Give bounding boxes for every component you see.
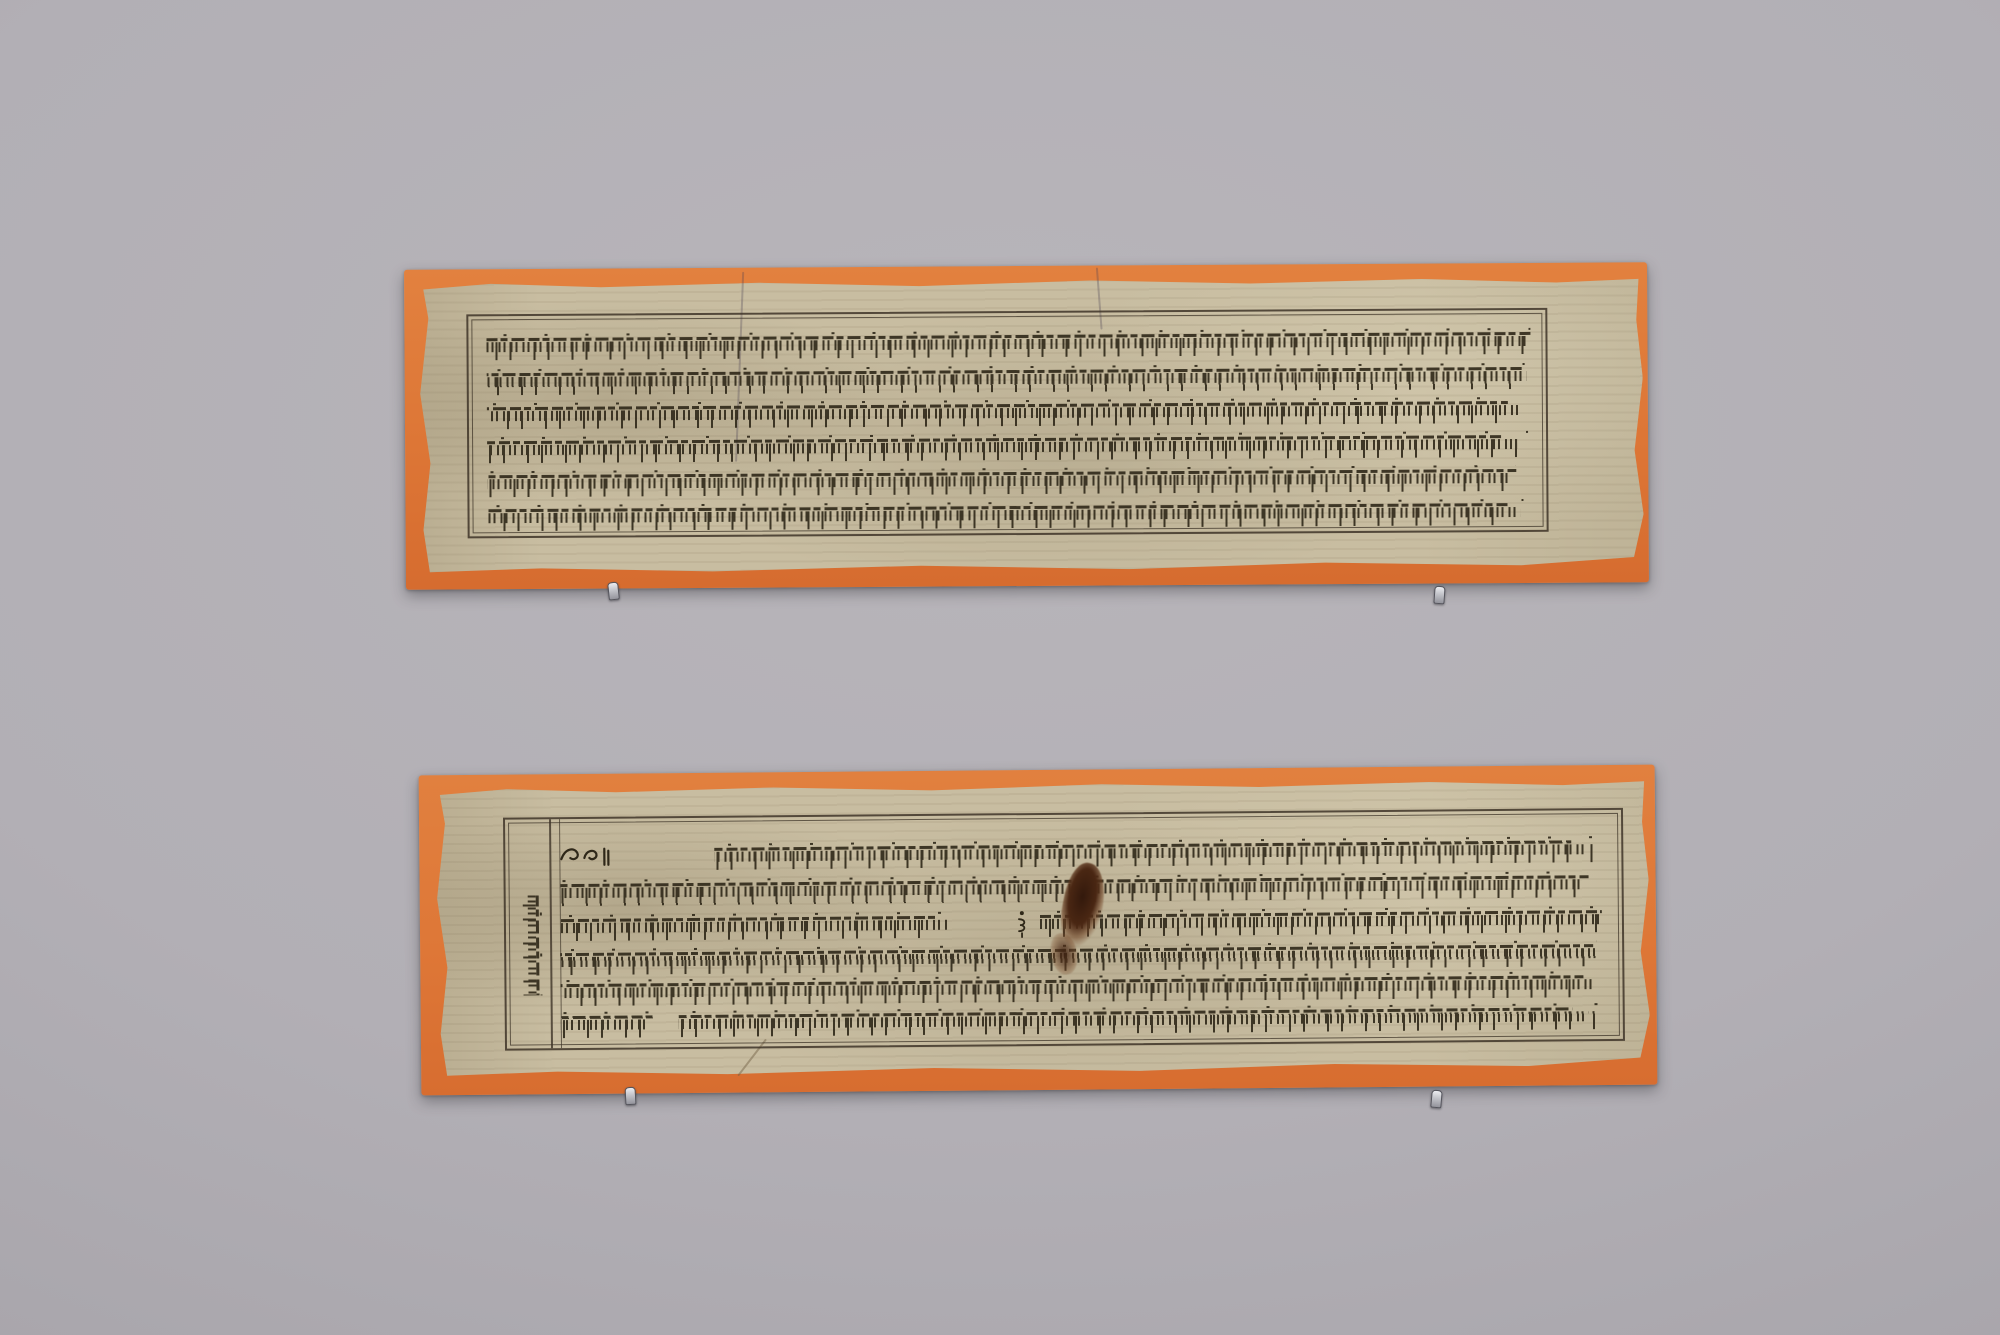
text-line: །ལས་ལྔག་ཅམ་བྱུང་བའི་སེམས་འཕྲལ་ཡང་མང་དུ་བ…: [714, 836, 1601, 870]
text-line: དེ་ལྟར་དུ་མི་ཡི་འདོད་པ་ཆེར་བསྐྱེད་དེ་སླ་…: [487, 363, 1531, 395]
text-line: འདི་ལྟར་དུ་མི་ཀུན་ལ་རྒྱུན་ཆད་མེད་པར་འདོད…: [487, 431, 1531, 463]
margin-label-text: བཅུ་དྲུག: [520, 895, 543, 995]
folio-lower-text-frame: བཅུ་དྲུག ༄༅། ། །ལས་ལྔག་ཅམ་བྱུང་བའི་སེམས་…: [503, 808, 1625, 1051]
folio-upper-text-frame: ཅི་ལོག་ཏུ་འདོད་པ་ཚན་ཆད་ཀྱི་གུབ་མཐའ་ལ་ལུག…: [466, 308, 1548, 539]
text-line: ཏུ་འཛིན་ན་ལེགས་པ་ཡིན། གཞུང་ས་ནས་པལ་ཆེ་བ་…: [560, 971, 1602, 1006]
section-mark-icon: ༈: [1014, 909, 1030, 939]
head-mark-text: ༄༅། །: [559, 871, 560, 872]
section-mark-text: ༈: [1014, 939, 1015, 940]
push-pin: [607, 581, 620, 600]
manuscript-folio-upper: ཅི་ལོག་ཏུ་འདོད་པ་ཚན་ཆད་ཀྱི་གུབ་མཐའ་ལ་ལུག…: [404, 262, 1649, 590]
push-pin: [1433, 586, 1445, 605]
text-line: །ཆོས་དངོས་དང་བརྩོམས་པ་རྣམས་ཁ་ཎས་ཀྱིས་མ་ག…: [679, 1003, 1603, 1037]
text-line: དོན་དུ་བགྱིས་པའོ།: [561, 1011, 669, 1038]
push-pin: [1430, 1090, 1443, 1109]
push-pin: [625, 1087, 637, 1106]
text-line: ༎ ༈ བ་པར། དེ་ནས་བོད་ལ་དཔེ་ཆ་ཇི་ཡོད་ཆོས་ད…: [1040, 906, 1602, 937]
text-line: ཡིན་པའི་ཡི་དྭགས་ཀྱི་ཡུལ་ལ་འཇུག་པ་ལྟར་འགྱ…: [560, 912, 960, 941]
margin-label: བཅུ་དྲུག: [514, 895, 547, 999]
text-line: ཅི་ལོག་ཏུ་འདོད་པ་ཚན་ཆད་ཀྱི་གུབ་མཐའ་ལ་ལུག…: [486, 328, 1530, 360]
text-line: མཁོ་མེད་དང་ཇག་པར་སྒྲོ་ཡང་གནོད་པའི་ཆས་ཚོང…: [487, 465, 1529, 497]
text-line: ལ་དཔེ་ཀྱིང་པ་ཞེས་སྨྲད་ནས་དཔེ་གསར་ལ་དབྱུལ…: [487, 499, 1531, 531]
manuscript-folio-lower: བཅུ་དྲུག ༄༅། ། །ལས་ལྔག་ཅམ་བྱུང་བའི་སེམས་…: [419, 765, 1658, 1096]
text-line: ཚོང་བ་དང་ཁེ་བཟོས་ནས་དེ་ཡིས་ཚང་མ་ཕུག་ཏུ་ཕ…: [487, 397, 1527, 429]
yig-mgo-head-mark-icon: ༄༅། །: [559, 843, 611, 871]
photo-backdrop: ཅི་ལོག་ཏུ་འདོད་པ་ཚན་ཆད་ཀྱི་གུབ་མཐའ་ལ་ལུག…: [0, 0, 2000, 1335]
